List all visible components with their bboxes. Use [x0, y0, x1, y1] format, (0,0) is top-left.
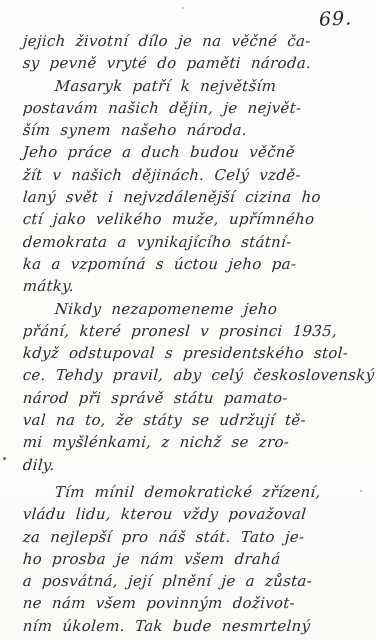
- manuscript-line: za nejlepší pro náš stát. Tato je-: [22, 526, 362, 548]
- manuscript-lines: jejich životní dílo je na věčné ča-sy pe…: [22, 30, 360, 637]
- manuscript-line: Masaryk patří k největším: [22, 75, 362, 97]
- manuscript-line: když odstupoval s presidentského stol-: [22, 342, 362, 364]
- manuscript-line: mátky.: [22, 275, 362, 297]
- manuscript-line: Jeho práce a duch budou věčně: [22, 141, 362, 163]
- manuscript-line: národ při správě státu pamato-: [22, 387, 362, 409]
- manuscript-line: jejich životní dílo je na věčné ča-: [22, 30, 362, 52]
- manuscript-line: dily.: [22, 454, 362, 476]
- manuscript-line: laný svět i nejvzdálenější cizina ho: [22, 186, 362, 208]
- manuscript-line: ce. Tehdy pravil, aby celý československ…: [22, 364, 362, 386]
- manuscript-line: demokrata a vynikajícího státní-: [22, 231, 362, 253]
- manuscript-line: vládu lidu, kterou vždy považoval: [22, 503, 362, 525]
- manuscript-line: a posvátná, její plnění je a zůsta-: [22, 570, 362, 592]
- manuscript-line: žít v našich dějinách. Celý vzdě-: [22, 164, 362, 186]
- manuscript-line: mi myšlénkami, z nichž se zro-: [22, 431, 362, 453]
- manuscript-line: Nikdy nezapomeneme jeho: [22, 298, 362, 320]
- ink-speck: [360, 490, 362, 492]
- manuscript-line: ne nám všem povinným doživot-: [22, 592, 362, 614]
- manuscript-line: Tím mínil demokratické zřízení,: [22, 481, 362, 503]
- manuscript-line: přání, které pronesl v prosinci 1935,: [22, 320, 362, 342]
- manuscript-line: ctí jako velikého muže, upřímného: [22, 208, 362, 230]
- manuscript-line: postavám našich dějin, je největ-: [22, 97, 362, 119]
- manuscript-page: 69. jejich životní dílo je na věčné ča-s…: [0, 0, 376, 640]
- manuscript-line: ka a vzpomíná s úctou jeho pa-: [22, 253, 362, 275]
- manuscript-line: ním úkolem. Tak bude nesmrtelný: [22, 615, 362, 637]
- page-number: 69.: [318, 7, 352, 30]
- ink-speck: [182, 7, 184, 9]
- manuscript-line: ho prosba je nám všem drahá: [22, 548, 362, 570]
- manuscript-line: sy pevně vryté do paměti národa.: [22, 52, 362, 74]
- manuscript-line: ším synem našeho národa.: [22, 119, 362, 141]
- manuscript-line: val na to, že státy se udržují tě-: [22, 409, 362, 431]
- ink-speck: [3, 457, 6, 460]
